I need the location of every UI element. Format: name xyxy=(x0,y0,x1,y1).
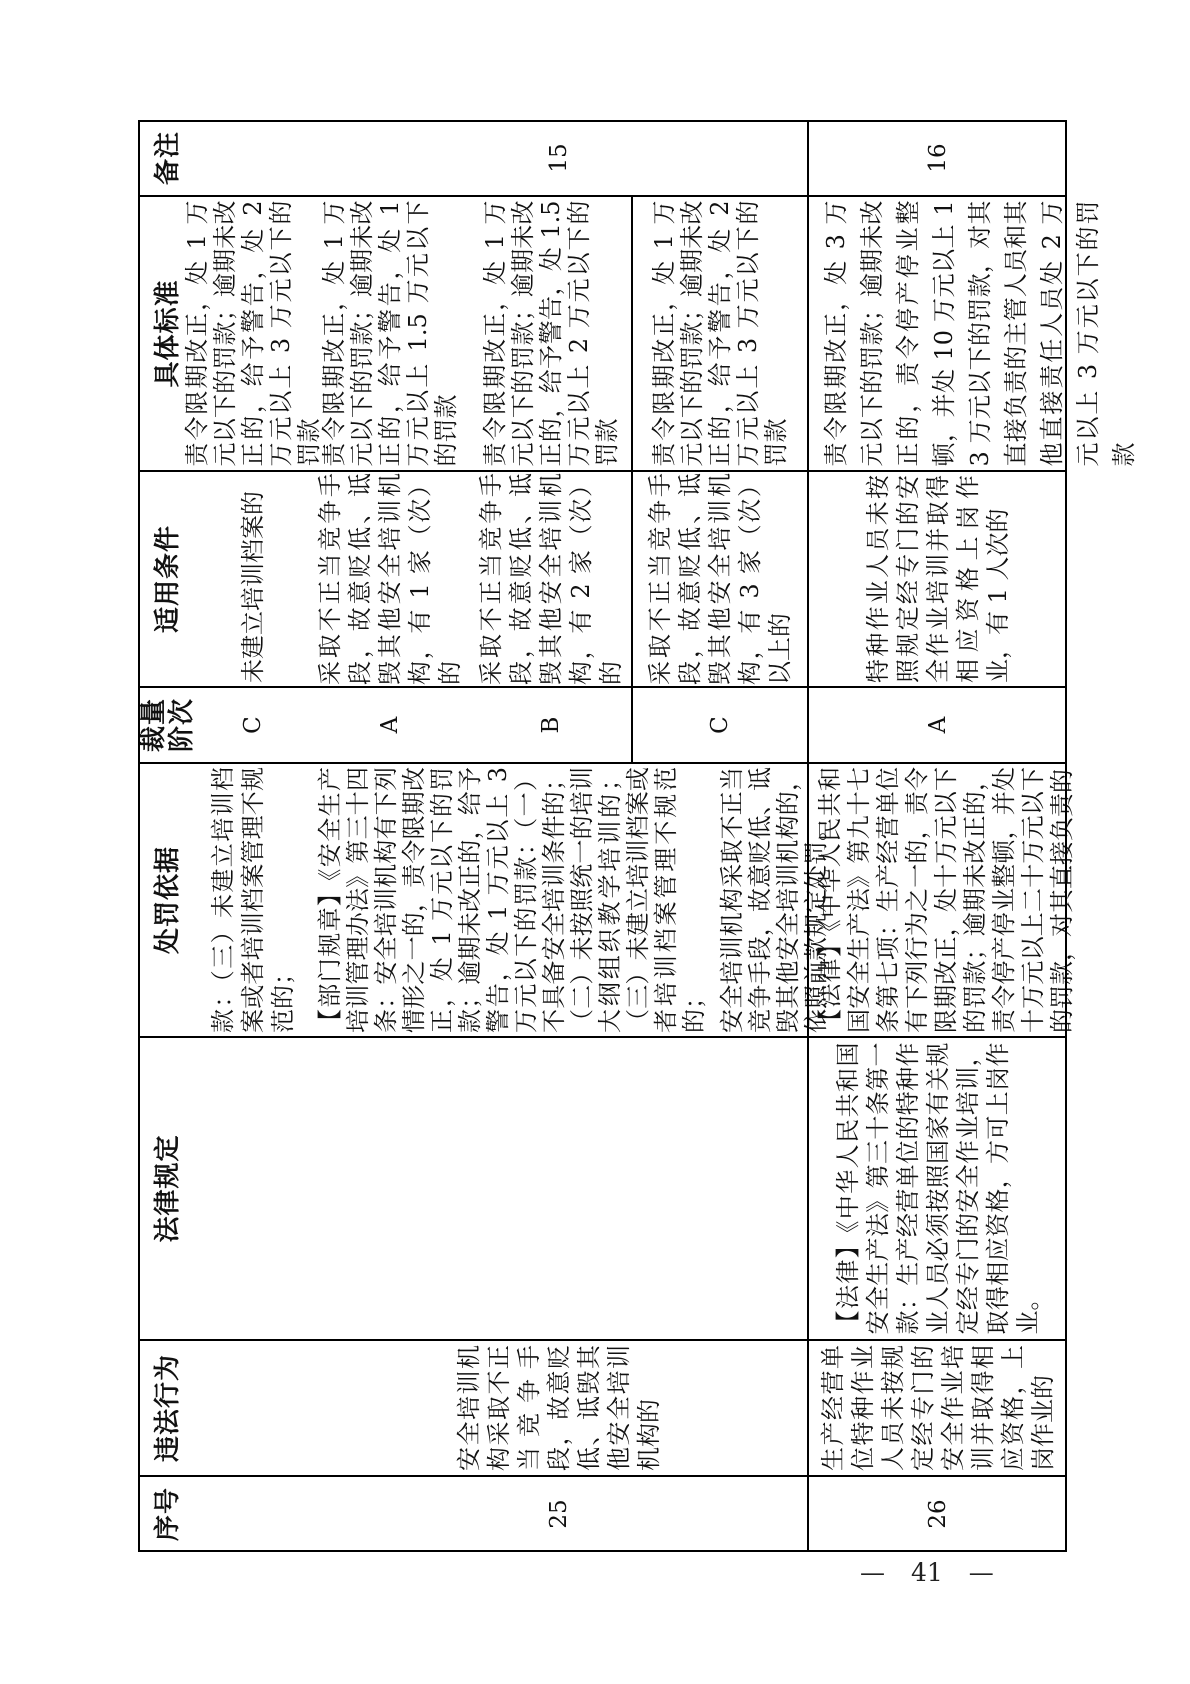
cell-level-26: A xyxy=(808,687,1067,763)
grid-line xyxy=(1065,120,1067,1552)
col-header-level: 裁量阶次 xyxy=(138,687,195,763)
cell-serial-25: 25 xyxy=(310,1476,808,1552)
cell-basis-prev-tail: 款：（三）未建立培训档案或者培训档案管理不规范的； xyxy=(195,763,310,1037)
grid-line xyxy=(807,120,809,1552)
grid-line xyxy=(138,120,1067,122)
grid-line xyxy=(138,1475,1067,1477)
col-header-violation: 违法行为 xyxy=(138,1340,195,1476)
rotated-table: 序号 违法行为 法律规定 处罚依据 裁量阶次 适用条件 具体标准 备注 款：（三… xyxy=(138,120,1067,1552)
cell-law-25-empty xyxy=(310,1037,808,1340)
col-header-serial: 序号 xyxy=(138,1476,195,1552)
cell-violation-26: 生产经营单位特种作业人员未按规定经专门的安全作业培训并取得相应资格，上岗作业的 xyxy=(808,1340,1067,1476)
grid-line xyxy=(138,470,1067,472)
grid-line xyxy=(138,1339,1067,1341)
cell-level-25b: B xyxy=(470,687,632,763)
cell-condition-25a: 采取不正当竞争手段，故意贬低、诋毁其他安全培训机构，有 1 家（次）的 xyxy=(310,471,470,687)
cell-condition-25b: 采取不正当竞争手段，故意贬低、诋毁其他安全培训机构，有 2 家（次）的 xyxy=(470,471,632,687)
grid-line xyxy=(138,1550,1067,1552)
cell-level-prev-tail: C xyxy=(195,687,310,763)
grid-line xyxy=(631,196,633,764)
cell-condition-26: 特种作业人员未按照规定经专门的安全作业培训并取得相应资格上岗作业，有 1 人次的 xyxy=(808,471,1067,687)
page-number: — 41 — xyxy=(860,1558,1080,1587)
cell-basis-26: 【法律】《中华人民共和国安全生产法》第九十七条第七项：生产经营单位有下列行为之一… xyxy=(808,763,1067,1037)
cell-standard-prev-tail: 责令限期改正，处 1 万元以下的罚款；逾期未改正的，给予警告，处 2 万元以上 … xyxy=(195,196,310,471)
cell-level-25c: C xyxy=(632,687,808,763)
cell-level-25a: A xyxy=(310,687,470,763)
grid-line xyxy=(138,120,140,1552)
cell-violation-25: 安全培训机构采取不正当竞争手段，故意贬低、诋毁其他安全培训机构的 xyxy=(310,1340,808,1476)
cell-basis-25: 【部门规章】《安全生产培训管理办法》第三十四条：安全培训机构有下列情形之一的，责… xyxy=(310,763,808,1037)
document-page: 序号 违法行为 法律规定 处罚依据 裁量阶次 适用条件 具体标准 备注 款：（三… xyxy=(0,0,1190,1684)
cell-law-26: 【法律】《中华人民共和国安全生产法》第三十条第一款：生产经营单位的特种作业人员必… xyxy=(808,1037,1067,1340)
grid-line xyxy=(138,762,1067,764)
col-header-remark: 备注 xyxy=(138,120,195,196)
col-header-law: 法律规定 xyxy=(138,1037,195,1340)
col-header-condition: 适用条件 xyxy=(138,471,195,687)
cell-remark-26: 16 xyxy=(808,120,1067,196)
cell-standard-25a: 责令限期改正，处 1 万元以下的罚款；逾期未改正的，给予警告，处 1 万元以上 … xyxy=(310,196,470,471)
cell-standard-25b: 责令限期改正，处 1 万元以下的罚款；逾期未改正的，给予警告，处 1.5 万元以… xyxy=(470,196,632,471)
grid-line xyxy=(138,686,1067,688)
cell-remark-25: 15 xyxy=(310,120,808,196)
cell-serial-26: 26 xyxy=(808,1476,1067,1552)
cell-standard-25c: 责令限期改正，处 1 万元以下的罚款；逾期未改正的，给予警告，处 2 万元以上 … xyxy=(632,196,808,471)
col-header-basis: 处罚依据 xyxy=(138,763,195,1037)
cell-condition-prev-tail: 未建立培训档案的 xyxy=(195,471,310,687)
grid-line xyxy=(138,1036,1067,1038)
cell-standard-26: 责令限期改正，处 3 万元以下的罚款；逾期未改正的，责令停产停业整顿，并处 10… xyxy=(808,196,1067,471)
grid-line xyxy=(138,195,1067,197)
cell-condition-25c: 采取不正当竞争手段，故意贬低、诋毁其他安全培训机构，有 3 家（次）以上的 xyxy=(632,471,808,687)
